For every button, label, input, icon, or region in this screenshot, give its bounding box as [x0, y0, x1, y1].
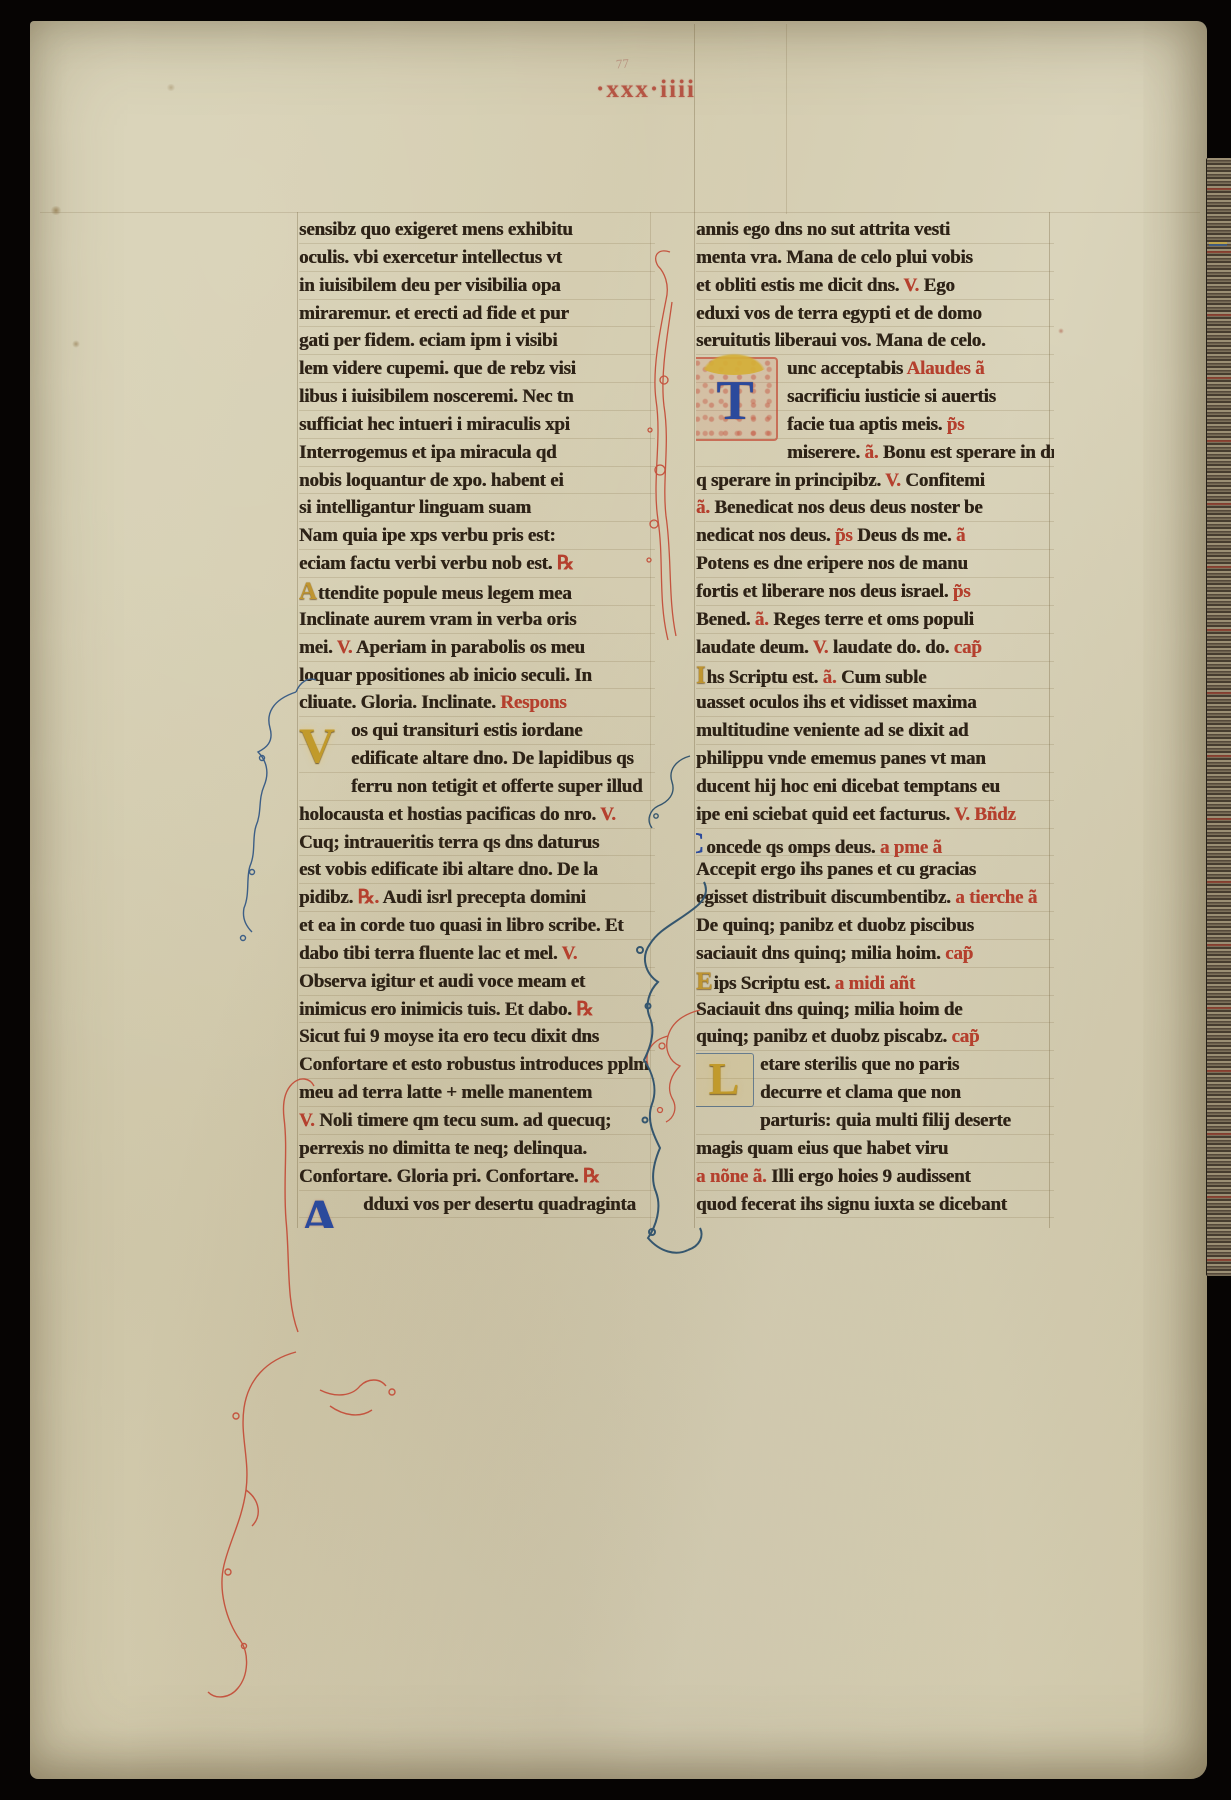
text-run: ips Scriptu est. — [713, 973, 834, 994]
text-line: miraremur. et erecti ad fide et pur — [299, 300, 655, 328]
text-line: perrexis no dimitta te neq; delinqua. — [299, 1135, 655, 1163]
text-run: sacrificiu iusticie si auertis — [787, 386, 996, 407]
text-run: et obliti estis me dicit dns. — [696, 275, 903, 296]
text-run: laudate do. do. — [833, 637, 954, 658]
text-line: nobis loquantur de xpo. habent ei — [299, 467, 655, 495]
text-run: eduxi vos de terra egypti et de domo — [696, 303, 982, 324]
text-run: holocausta et hostias pacificas do nro. — [299, 804, 600, 825]
rubric-run: ã. — [864, 442, 882, 463]
text-column-right: annis ego dns no sut attrita vestimenta … — [696, 216, 1054, 1228]
text-run: parturis: quia multi filij deserte — [760, 1110, 1011, 1131]
rubric-run: V. — [813, 637, 833, 658]
text-line: est vobis edificate ibi altare dno. De l… — [299, 856, 655, 884]
text-line: in iuisibilem deu per visibilia opa — [299, 272, 655, 300]
rubric-run: ã. — [755, 609, 773, 630]
decorated-initial-A: A — [299, 578, 318, 605]
text-run: libus i iuisibilem nosceremi. Nec tn — [299, 386, 573, 407]
rubric-run: V. — [885, 470, 905, 491]
text-line: inimicus ero inimicis tuis. Et dabo. ℞ — [299, 996, 655, 1024]
text-run: Inclinate aurem vram in verba oris — [299, 609, 576, 630]
text-run: Confortare et esto robustus introduces p… — [299, 1054, 649, 1075]
text-run: nobis loquantur de xpo. habent ei — [299, 470, 563, 491]
decorated-initial-I: I — [696, 662, 707, 689]
rubric-run: ℞. — [358, 887, 383, 908]
text-line: philippu vnde ememus panes vt man — [696, 745, 1054, 773]
folio-number: ·xxx·iiii — [596, 76, 696, 104]
text-line: uasset oculos ihs et vidisset maxima — [696, 689, 1054, 717]
text-run: et ea in corde tuo quasi in libro scribe… — [299, 915, 623, 936]
text-run: in iuisibilem deu per visibilia opa — [299, 275, 560, 296]
text-line: multitudine veniente ad se dixit ad — [696, 717, 1054, 745]
parchment-stain — [72, 340, 80, 348]
text-line: seruitutis liberaui vos. Mana de celo. — [696, 327, 1054, 355]
parchment-stain — [166, 84, 176, 91]
text-run: sufficiat hec intueri i miraculis xpi — [299, 414, 570, 435]
text-run: fortis et liberare nos deus israel. — [696, 581, 953, 602]
rubric-run: V. — [903, 275, 923, 296]
text-line: Interrogemus et ipa miracula qd — [299, 439, 655, 467]
rubric-run: p̃s — [947, 414, 965, 435]
text-run: Observa igitur et audi voce meam et — [299, 971, 585, 992]
text-line: nedicat nos deus. p̃s Deus ds me. ã — [696, 522, 1054, 550]
text-line: magis quam eius que habet viru — [696, 1135, 1054, 1163]
text-line: Sicut fui 9 moyse ita ero tecu dixit dns — [299, 1023, 655, 1051]
text-run: Cum suble — [841, 667, 926, 688]
text-run: loquar ppositiones ab inicio seculi. In — [299, 665, 592, 686]
text-run: si intelligantur linguam suam — [299, 497, 531, 518]
text-run: ttendite popule meus legem mea — [318, 583, 572, 604]
text-run: Potens es dne eripere nos de manu — [696, 553, 968, 574]
text-run: eciam factu verbi verbu nob est. — [299, 553, 557, 574]
text-line: loquar ppositiones ab inicio seculi. In — [299, 662, 655, 690]
text-run: Noli timere qm tecu sum. ad quecuq; — [319, 1110, 611, 1131]
text-line: cliuate. Gloria. Inclinate. Respons — [299, 689, 655, 717]
decorated-initial-E: E — [696, 968, 713, 995]
text-run: nedicat nos deus. — [696, 525, 835, 546]
rubric-run: p̃s — [835, 525, 857, 546]
text-line: et ea in corde tuo quasi in libro scribe… — [299, 912, 655, 940]
rubric-run: Respons — [500, 692, 566, 713]
rubric-run: a pme ã — [880, 837, 942, 858]
text-line: et obliti estis me dicit dns. V. Ego — [696, 272, 1054, 300]
text-run: mei. — [299, 637, 337, 658]
text-run: Accepit ergo ihs panes et cu gracias — [696, 859, 976, 880]
text-run: annis ego dns no sut attrita vesti — [696, 219, 950, 240]
text-line: pidibz. ℞. Audi isrl precepta domini — [299, 884, 655, 912]
text-run: Audi isrl precepta domini — [382, 887, 585, 908]
text-run: Aperiam in parabolis os meu — [356, 637, 585, 658]
rubric-run: V. — [600, 804, 616, 825]
rubric-run: a nõne ã. — [696, 1166, 771, 1187]
text-line: menta vra. Mana de celo plui vobis — [696, 244, 1054, 272]
text-line: ferru non tetigit et offerte super illud — [299, 773, 655, 801]
text-run: perrexis no dimitta te neq; delinqua. — [299, 1138, 587, 1159]
text-run: Illi ergo hoies 9 audissent — [771, 1166, 970, 1187]
ruling-line-vertical — [786, 24, 787, 214]
text-line: Eips Scriptu est. a midi añt — [696, 968, 1054, 996]
text-line: V. Noli timere qm tecu sum. ad quecuq; — [299, 1107, 655, 1135]
text-line: Cuq; intraueritis terra qs dns daturus — [299, 829, 655, 857]
text-line: oculis. vbi exercetur intellectus vt — [299, 244, 655, 272]
rubric-run: ℞ — [583, 1166, 600, 1187]
text-run: Bened. — [696, 609, 755, 630]
text-run: hs Scriptu est. — [707, 667, 823, 688]
rubric-run: V. — [299, 1110, 319, 1131]
text-run: Ego — [924, 275, 955, 296]
text-run: gati per fidem. eciam ipm i visibi — [299, 330, 557, 351]
fore-edge-pages — [1206, 158, 1231, 1276]
text-line: libus i iuisibilem nosceremi. Nec tn — [299, 383, 655, 411]
text-line: a nõne ã. Illi ergo hoies 9 audissent — [696, 1163, 1054, 1191]
text-line: ipe eni sciebat quid eet facturus. V. Bñ… — [696, 801, 1054, 829]
text-line: Nam quia ipe xps verbu pris est: — [299, 522, 655, 550]
text-run: pidibz. — [299, 887, 358, 908]
text-run: lem videre cupemi. que de rebz visi — [299, 358, 576, 379]
text-run: multitudine veniente ad se dixit ad — [696, 720, 968, 741]
text-run: miserere. — [787, 442, 864, 463]
rubric-run: a midi añt — [835, 973, 915, 994]
text-run: Bonu est sperare in dno — [883, 442, 1054, 463]
text-line: parturis: quia multi filij deserte — [696, 1107, 1054, 1135]
text-line: holocausta et hostias pacificas do nro. … — [299, 801, 655, 829]
text-run: quinq; panibz et duobz piscabz. — [696, 1026, 951, 1047]
text-line: De quinq; panibz et duobz piscibus — [696, 912, 1054, 940]
text-run: ducent hij hoc eni dicebat temptans eu — [696, 776, 1000, 797]
text-run: sensibz quo exigeret mens exhibitu — [299, 219, 573, 240]
decorated-initial-C: C — [696, 825, 706, 860]
text-line: Confortare et esto robustus introduces p… — [299, 1051, 655, 1079]
text-line: egisset distribuit discumbentibz. a tier… — [696, 884, 1054, 912]
parchment-stain — [1058, 328, 1064, 334]
text-run: Deus ds me. — [857, 525, 956, 546]
pencil-foliation: 77 — [615, 56, 629, 73]
text-run: Confitemi — [905, 470, 984, 491]
text-run: est vobis edificate ibi altare dno. De l… — [299, 859, 598, 880]
rubric-run: cap̃ — [951, 1026, 979, 1047]
rubric-run: cap̃ — [954, 637, 982, 658]
text-line: eciam factu verbi verbu nob est. ℞ — [299, 550, 655, 578]
text-line: eduxi vos de terra egypti et de domo — [696, 300, 1054, 328]
rubric-run: a tierche ã — [955, 887, 1037, 908]
text-run: uasset oculos ihs et vidisset maxima — [696, 692, 976, 713]
text-run: Saciauit dns quinq; milia hoim de — [696, 999, 962, 1020]
text-line: fortis et liberare nos deus israel. p̃s — [696, 578, 1054, 606]
text-run: dduxi vos per desertu quadraginta — [363, 1194, 636, 1215]
text-line: ã. Benedicat nos deus deus noster be — [696, 494, 1054, 522]
manuscript-photo: 77 ·xxx·iiii sensibz quo exigeret mens e… — [0, 0, 1231, 1800]
rubric-run: ã. — [823, 667, 841, 688]
text-line: Ihs Scriptu est. ã. Cum suble — [696, 662, 1054, 690]
text-run: unc acceptabis — [787, 358, 906, 379]
text-run: decurre et clama que non — [760, 1082, 961, 1103]
rubric-run: V. Bñdz — [954, 804, 1016, 825]
text-line: saciauit dns quinq; milia hoim. cap̃ — [696, 940, 1054, 968]
ruling-line-vertical — [297, 212, 298, 1228]
text-line: Concede qs omps deus. a pme ã — [696, 829, 1054, 857]
text-run: Cuq; intraueritis terra qs dns daturus — [299, 832, 599, 853]
text-run: egisset distribuit discumbentibz. — [696, 887, 955, 908]
text-line: edificate altare dno. De lapidibus qs — [299, 745, 655, 773]
illuminated-initial-A: A — [299, 1193, 359, 1228]
text-line: os qui transituri estis iordane — [299, 717, 655, 745]
illuminated-initial-L: L — [696, 1053, 754, 1107]
text-run: Confortare. Gloria pri. Confortare. — [299, 1166, 583, 1187]
text-line: quod fecerat ihs signu iuxta se dicebant — [696, 1191, 1054, 1219]
text-run: etare sterilis que no paris — [760, 1054, 959, 1075]
text-line: dabo tibi terra fluente lac et mel. V. — [299, 940, 655, 968]
text-run: philippu vnde ememus panes vt man — [696, 748, 986, 769]
rubric-run: V. — [337, 637, 356, 658]
illuminated-initial-T: T — [696, 357, 778, 441]
ruling-line-horizontal — [40, 212, 1200, 213]
text-run: Nam quia ipe xps verbu pris est: — [299, 525, 555, 546]
text-run: ipe eni sciebat quid eet facturus. — [696, 804, 954, 825]
text-line: mei. V. Aperiam in parabolis os meu — [299, 634, 655, 662]
text-line: quinq; panibz et duobz piscabz. cap̃ — [696, 1023, 1054, 1051]
text-run: miraremur. et erecti ad fide et pur — [299, 303, 569, 324]
rubric-run: cap̃ — [945, 943, 973, 964]
text-line: Saciauit dns quinq; milia hoim de — [696, 996, 1054, 1024]
text-run: oncede qs omps deus. — [706, 837, 880, 858]
text-run: Reges terre et oms populi — [773, 609, 973, 630]
text-run: menta vra. Mana de celo plui vobis — [696, 247, 973, 268]
parchment-stain — [50, 206, 62, 215]
text-run: Benedicat nos deus deus noster be — [714, 497, 982, 518]
text-run: edificate altare dno. De lapidibus qs — [351, 748, 634, 769]
text-run: q sperare in principibz. — [696, 470, 885, 491]
text-run: quod fecerat ihs signu iuxta se dicebant — [696, 1194, 1007, 1215]
illuminated-initial-V: V — [299, 719, 345, 773]
text-run: inimicus ero inimicis tuis. Et dabo. — [299, 999, 576, 1020]
text-run: Interrogemus et ipa miracula qd — [299, 442, 556, 463]
text-line: Confortare. Gloria pri. Confortare. ℞ — [299, 1163, 655, 1191]
text-run: seruitutis liberaui vos. Mana de celo. — [696, 330, 986, 351]
rubric-run: ã — [956, 525, 965, 546]
text-run: magis quam eius que habet viru — [696, 1138, 948, 1159]
text-line: Accepit ergo ihs panes et cu gracias — [696, 856, 1054, 884]
rubric-run: ℞ — [557, 553, 574, 574]
text-line: ducent hij hoc eni dicebat temptans eu — [696, 773, 1054, 801]
text-run: facie tua aptis meis. — [787, 414, 947, 435]
text-line: gati per fidem. eciam ipm i visibi — [299, 327, 655, 355]
text-run: ferru non tetigit et offerte super illud — [351, 776, 642, 797]
rubric-run: p̃s — [953, 581, 971, 602]
text-run: oculis. vbi exercetur intellectus vt — [299, 247, 562, 268]
rubric-run: Alaudes ã — [906, 358, 984, 379]
text-line: q sperare in principibz. V. Confitemi — [696, 467, 1054, 495]
text-line: Inclinate aurem vram in verba oris — [299, 606, 655, 634]
text-run: saciauit dns quinq; milia hoim. — [696, 943, 945, 964]
text-line: sufficiat hec intueri i miraculis xpi — [299, 411, 655, 439]
text-line: Observa igitur et audi voce meam et — [299, 968, 655, 996]
rubric-run: ℞ — [576, 999, 593, 1020]
text-run: cliuate. Gloria. Inclinate. — [299, 692, 500, 713]
text-line: meu ad terra latte + melle manentem — [299, 1079, 655, 1107]
text-line: laudate deum. V. laudate do. do. cap̃ — [696, 634, 1054, 662]
text-line: annis ego dns no sut attrita vesti — [696, 216, 1054, 244]
text-line: sensibz quo exigeret mens exhibitu — [299, 216, 655, 244]
text-run: laudate deum. — [696, 637, 813, 658]
text-run: os qui transituri estis iordane — [351, 720, 582, 741]
text-line: si intelligantur linguam suam — [299, 494, 655, 522]
text-line: Attendite popule meus legem mea — [299, 578, 655, 606]
rubric-run: ã. — [696, 497, 714, 518]
text-run: De quinq; panibz et duobz piscibus — [696, 915, 974, 936]
text-line: Potens es dne eripere nos de manu — [696, 550, 1054, 578]
text-line: Bened. ã. Reges terre et oms populi — [696, 606, 1054, 634]
text-line: lem videre cupemi. que de rebz visi — [299, 355, 655, 383]
text-run: dabo tibi terra fluente lac et mel. — [299, 943, 562, 964]
ruling-line-vertical — [694, 24, 695, 1228]
text-column-left: sensibz quo exigeret mens exhibituoculis… — [299, 216, 655, 1228]
text-run: meu ad terra latte + melle manentem — [299, 1082, 592, 1103]
text-run: Sicut fui 9 moyse ita ero tecu dixit dns — [299, 1026, 599, 1047]
rubric-run: V. — [562, 943, 578, 964]
